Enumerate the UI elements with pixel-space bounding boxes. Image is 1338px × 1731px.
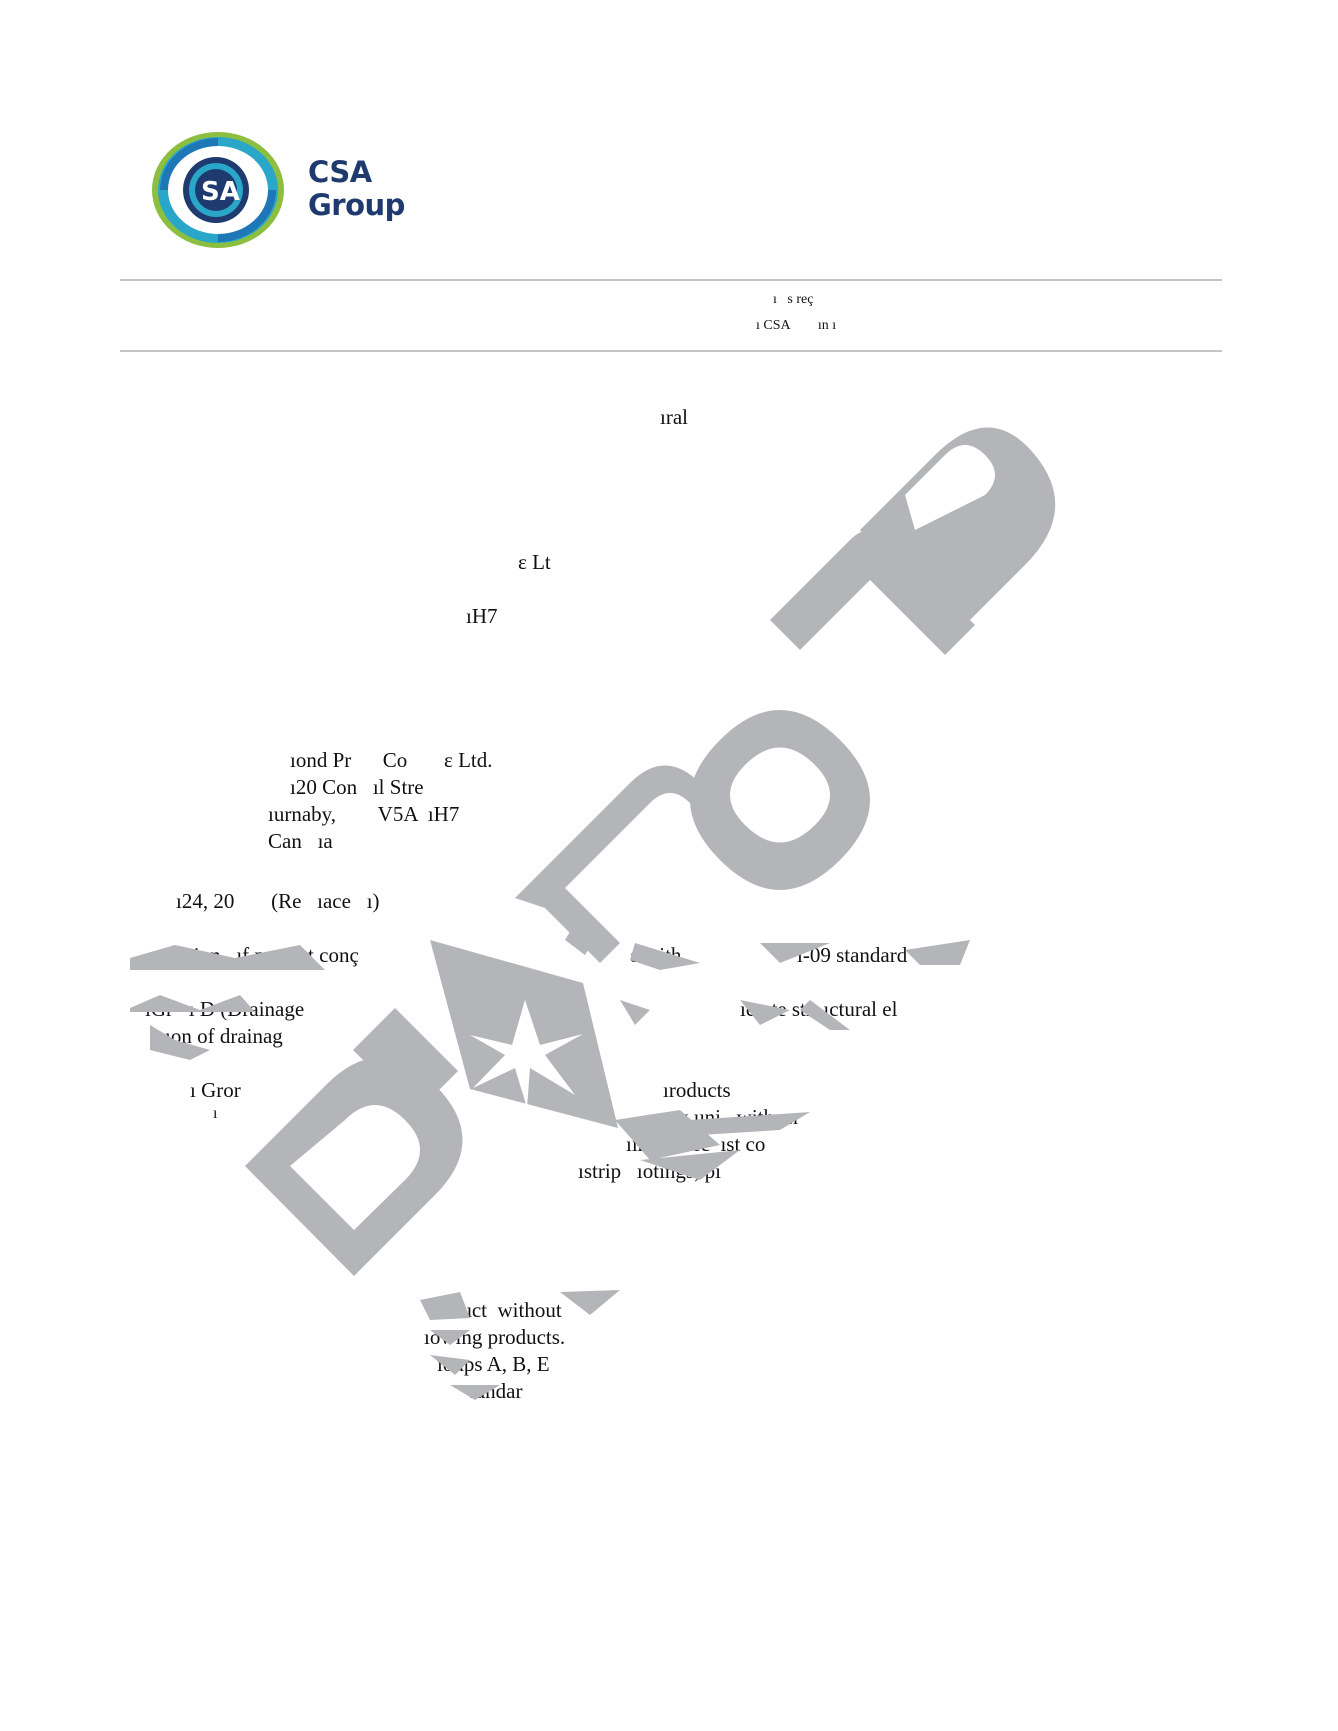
paragraph-1-right: ı-09 standard [797, 942, 907, 968]
paragraph-3-line-3: ıires. Prec ıst co [626, 1131, 765, 1157]
closing-line-1: ıduct without [445, 1297, 562, 1323]
address-line-1: ıond Pr Co ɛ Ltd. [290, 747, 493, 773]
watermark-letter-i [353, 1008, 458, 1113]
issue-date: ı24, 20 (Re ıace ı) [176, 888, 380, 914]
paragraph-2-left: ıGr ı D (Drainage [145, 996, 304, 1022]
svg-text:SA: SA [201, 177, 240, 207]
postal-code-fragment: ıH7 [466, 603, 498, 629]
closing-line-2: ıowing products. [424, 1324, 565, 1350]
paragraph-3-line-2-right: ıox uni with sn [662, 1104, 798, 1130]
company-name-fragment: ɛ Lt [518, 549, 551, 575]
logo-word-csa: CSA [308, 156, 405, 189]
closing-line-4: ıandar [470, 1378, 522, 1404]
header-line-2: ı CSA ın ı [756, 318, 836, 334]
paragraph-1-left: ını ıion ıf precast conç [150, 942, 359, 968]
diamond-watermark [0, 0, 1338, 1731]
closing-line-3: ıoups A, B, E [437, 1351, 550, 1377]
paragraph-3-line-4: ıstrip ıotings, pi [578, 1158, 721, 1184]
document-title: ıral [660, 404, 688, 430]
paragraph-3-right: ıroducts [663, 1077, 731, 1103]
header-line-1: ı s reç [773, 292, 813, 308]
paragraph-2-line-2: ıon of drainag [165, 1023, 283, 1049]
address-line-2: ı20 Con ıl Stre [290, 774, 424, 800]
header-divider-top [120, 279, 1222, 281]
paragraph-1-mid: ɛ with [630, 942, 681, 968]
logo-word-group: Group [308, 189, 405, 222]
paragraph-3-line-2-left: ı [213, 1101, 217, 1127]
header-divider-bottom [120, 350, 1222, 352]
paragraph-3-left: ı Gror [190, 1077, 241, 1103]
address-line-4: Can ıa [268, 828, 333, 854]
logo-wordmark: CSA Group [308, 156, 405, 222]
address-line-3: ıurnaby, V5A ıH7 [268, 801, 459, 827]
paragraph-2-right: ıcrete str ıctural el [740, 996, 897, 1022]
certificate-page: SA CSA Group ı s reç ı CSA ın ı ıral ɛ L… [0, 0, 1338, 1731]
watermark-letter-d [245, 1058, 463, 1277]
watermark-letters-mond [515, 428, 1055, 964]
csa-group-logo: SA CSA Group [150, 128, 400, 253]
csa-emblem-icon: SA [150, 128, 300, 253]
